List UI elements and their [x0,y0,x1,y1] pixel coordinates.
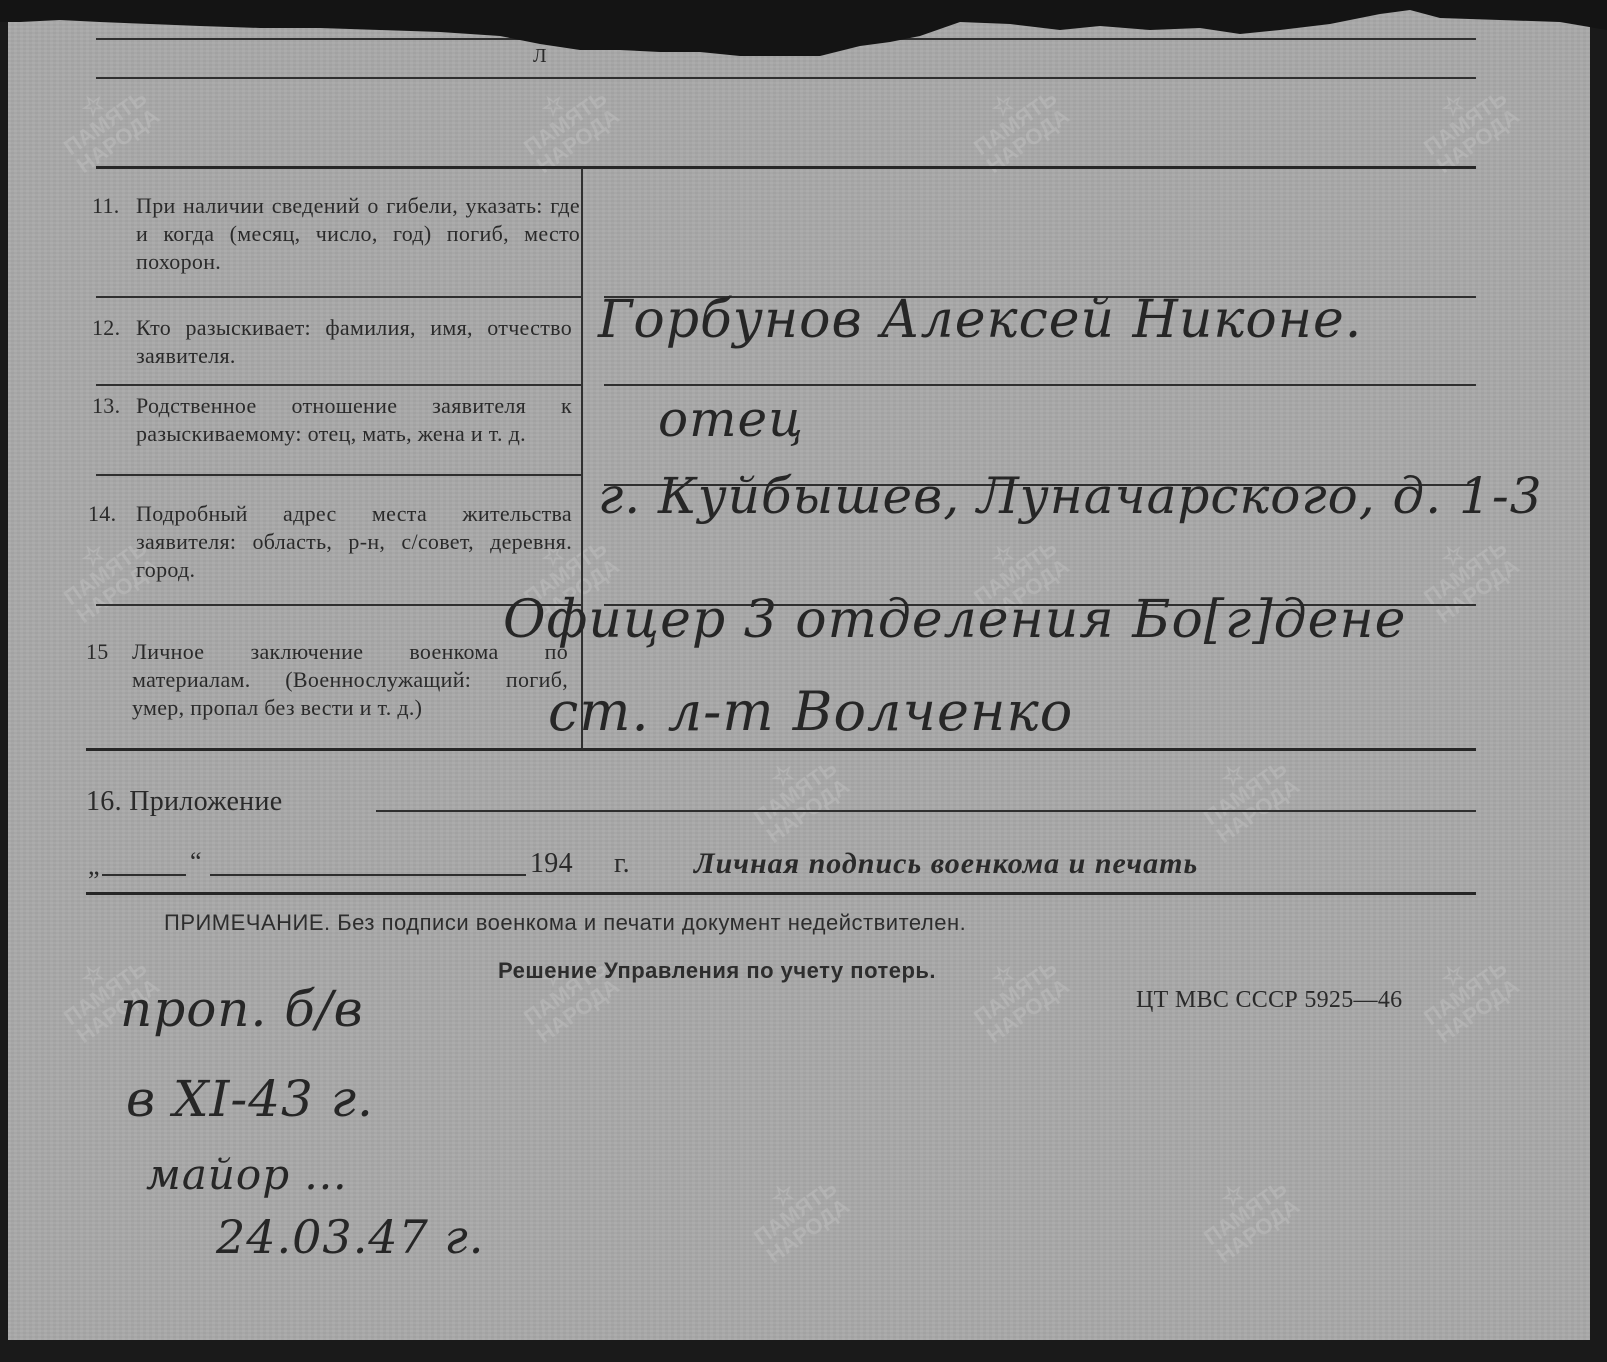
month-field-line[interactable] [210,874,526,876]
archival-document-sheet: ☆ПАМЯТЬНАРОДА ☆ПАМЯТЬНАРОДА ☆ПАМЯТЬНАРОД… [8,0,1590,1340]
form-rule [96,384,582,386]
date-open-quote: „ [88,852,100,880]
form-rule [96,474,582,476]
item-11-label: При наличии сведений о гибели, указать: … [136,192,580,276]
form-rule [96,166,1476,169]
item-14-handwritten-value: г. Куйбышев, Луначарского, д. 1-3 [598,460,1558,532]
item-13-number: 13. [92,392,120,420]
column-divider [581,168,583,748]
torn-header-fragment: Л [533,42,547,70]
item-12-handwritten-value: Горбунов Алексей Никоне. [598,290,1362,350]
item-12-label: Кто разыскивает: фамилия, имя, отчество … [136,314,572,370]
watermark: ☆ПАМЯТЬНАРОДА [1408,69,1524,178]
watermark: ☆ПАМЯТЬНАРОДА [738,1159,854,1268]
item-14-label: Подробный адрес места жительства заявите… [136,500,572,584]
appendix-field-line[interactable] [376,810,1476,812]
item-13-handwritten-value: отец [658,390,804,448]
validity-note: ПРИМЕЧАНИЕ. Без подписи военкома и печат… [164,910,966,936]
watermark: ☆ПАМЯТЬНАРОДА [1408,519,1524,628]
year-prefix: 194 [530,850,573,878]
appendix-label: 16. Приложение [86,788,282,816]
form-rule [604,384,1476,386]
date-close-quote: “ [190,848,202,876]
item-15-label: Личное заключение военкома по материалам… [132,638,568,722]
decision-heading: Решение Управления по учету потерь. [498,958,936,984]
form-rule [86,748,1476,751]
handwritten-note-line1: проп. б/в [120,980,364,1038]
watermark: ☆ПАМЯТЬНАРОДА [958,939,1074,1048]
watermark: ☆ПАМЯТЬНАРОДА [48,69,164,178]
item-15-handwritten-value: Офицер 3 отделения Бо[г]дене [503,590,1406,650]
item-15-number: 15 [86,638,109,666]
watermark: ☆ПАМЯТЬНАРОДА [508,939,624,1048]
watermark: ☆ПАМЯТЬНАРОДА [958,69,1074,178]
watermark: ☆ПАМЯТЬНАРОДА [1188,1159,1304,1268]
watermark: ☆ПАМЯТЬНАРОДА [508,69,624,178]
handwritten-note-line3: майор ... [146,1150,348,1199]
item-13-label: Родственное отношение заявителя к разыск… [136,392,572,448]
watermark: ☆ПАМЯТЬНАРОДА [1408,939,1524,1048]
item-14-number: 14. [88,500,116,528]
handwritten-note-line4: 24.03.47 г. [216,1210,484,1264]
watermark: ☆ПАМЯТЬНАРОДА [1188,739,1304,848]
handwritten-note-line2: в XI-43 г. [126,1070,374,1128]
item-11-number: 11. [92,192,120,220]
form-rule [96,296,582,298]
form-rule [96,77,1476,79]
watermark: ☆ПАМЯТЬНАРОДА [738,739,854,848]
form-rule [96,38,1476,40]
item-15-signature: ст. л-т Волченко [548,680,1073,743]
year-suffix: г. [614,850,630,878]
item-12-number: 12. [92,314,120,342]
day-field-line[interactable] [102,874,186,876]
form-rule [86,892,1476,895]
signature-label: Личная подпись военкома и печать [694,847,1198,881]
print-code: ЦТ МВС СССР 5925—46 [1136,986,1402,1014]
